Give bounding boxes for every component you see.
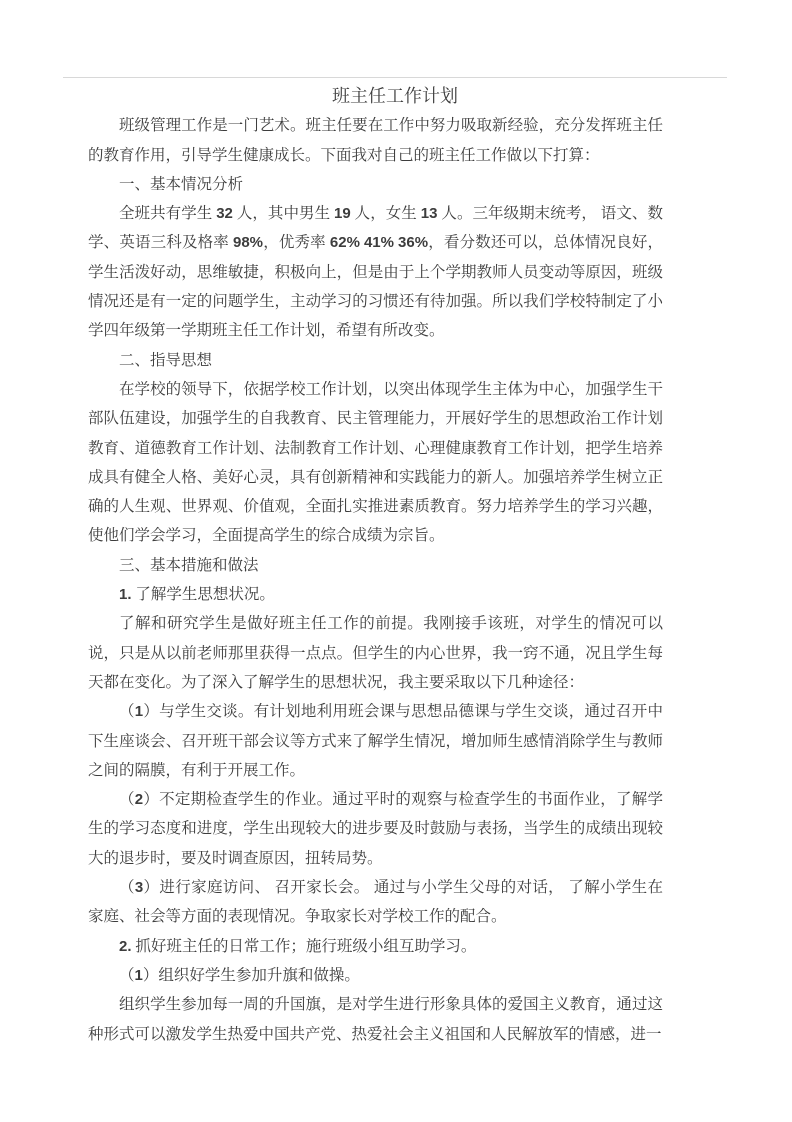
document-content: 班主任工作计划 班级管理工作是一门艺术。班主任要在工作中努力吸取新经验，充分发挥… [63,82,727,1049]
numeric-value: 2. [119,938,132,955]
numeric-value: 36% [398,234,428,251]
document-page: 班主任工作计划 班级管理工作是一门艺术。班主任要在工作中努力吸取新经验，充分发挥… [0,0,792,1122]
numeric-value: 32 [216,205,233,222]
numeric-value: 1 [135,703,143,720]
sub-numbered-item: （3）进行家庭访问、 召开家长会。 通过与小学生父母的对话， 了解小学生在家庭、… [88,873,663,932]
section-heading: 一、基本情况分析 [88,170,663,199]
body-paragraph: 全班共有学生 32 人，其中男生 19 人，女生 13 人。三年级期末统考， 语… [88,199,663,345]
numeric-value: 3 [135,879,143,896]
section-heading: 二、指导思想 [88,346,663,375]
body-paragraph: 在学校的领导下，依据学校工作计划，以突出体现学生主体为中心，加强学生干部队伍建设… [88,375,663,551]
numeric-value: 13 [421,205,438,222]
section-heading: 三、基本措施和做法 [88,551,663,580]
document-title: 班主任工作计划 [63,82,727,111]
numeric-value: 2 [135,791,143,808]
sub-numbered-item: （2）不定期检查学生的作业。通过平时的观察与检查学生的书面作业，了解学生的学习态… [88,785,663,873]
numeric-value: 41% [364,234,394,251]
sub-numbered-item: （1）与学生交谈。有计划地利用班会课与思想品德课与学生交谈，通过召开中下生座谈会… [88,697,663,785]
numeric-value: 1. [119,586,132,603]
numeric-value: 1 [135,967,143,984]
body-paragraph: 了解和研究学生是做好班主任工作的前提。我刚接手该班，对学生的情况可以说，只是从以… [88,609,663,697]
numeric-value: 62% [330,234,360,251]
body-paragraph: 班级管理工作是一门艺术。班主任要在工作中努力吸取新经验，充分发挥班主任的教育作用… [88,111,663,170]
header-divider [63,77,727,78]
numbered-item: 2. 抓好班主任的日常工作；施行班级小组互助学习。 [88,932,663,961]
numeric-value: 19 [334,205,351,222]
document-body: 班级管理工作是一门艺术。班主任要在工作中努力吸取新经验，充分发挥班主任的教育作用… [88,111,663,1049]
sub-numbered-item: （1）组织好学生参加升旗和做操。 [88,961,663,990]
numeric-value: 98% [233,234,263,251]
numbered-item: 1. 了解学生思想状况。 [88,580,663,609]
body-paragraph: 组织学生参加每一周的升国旗，是对学生进行形象具体的爱国主义教育，通过这种形式可以… [88,990,663,1049]
